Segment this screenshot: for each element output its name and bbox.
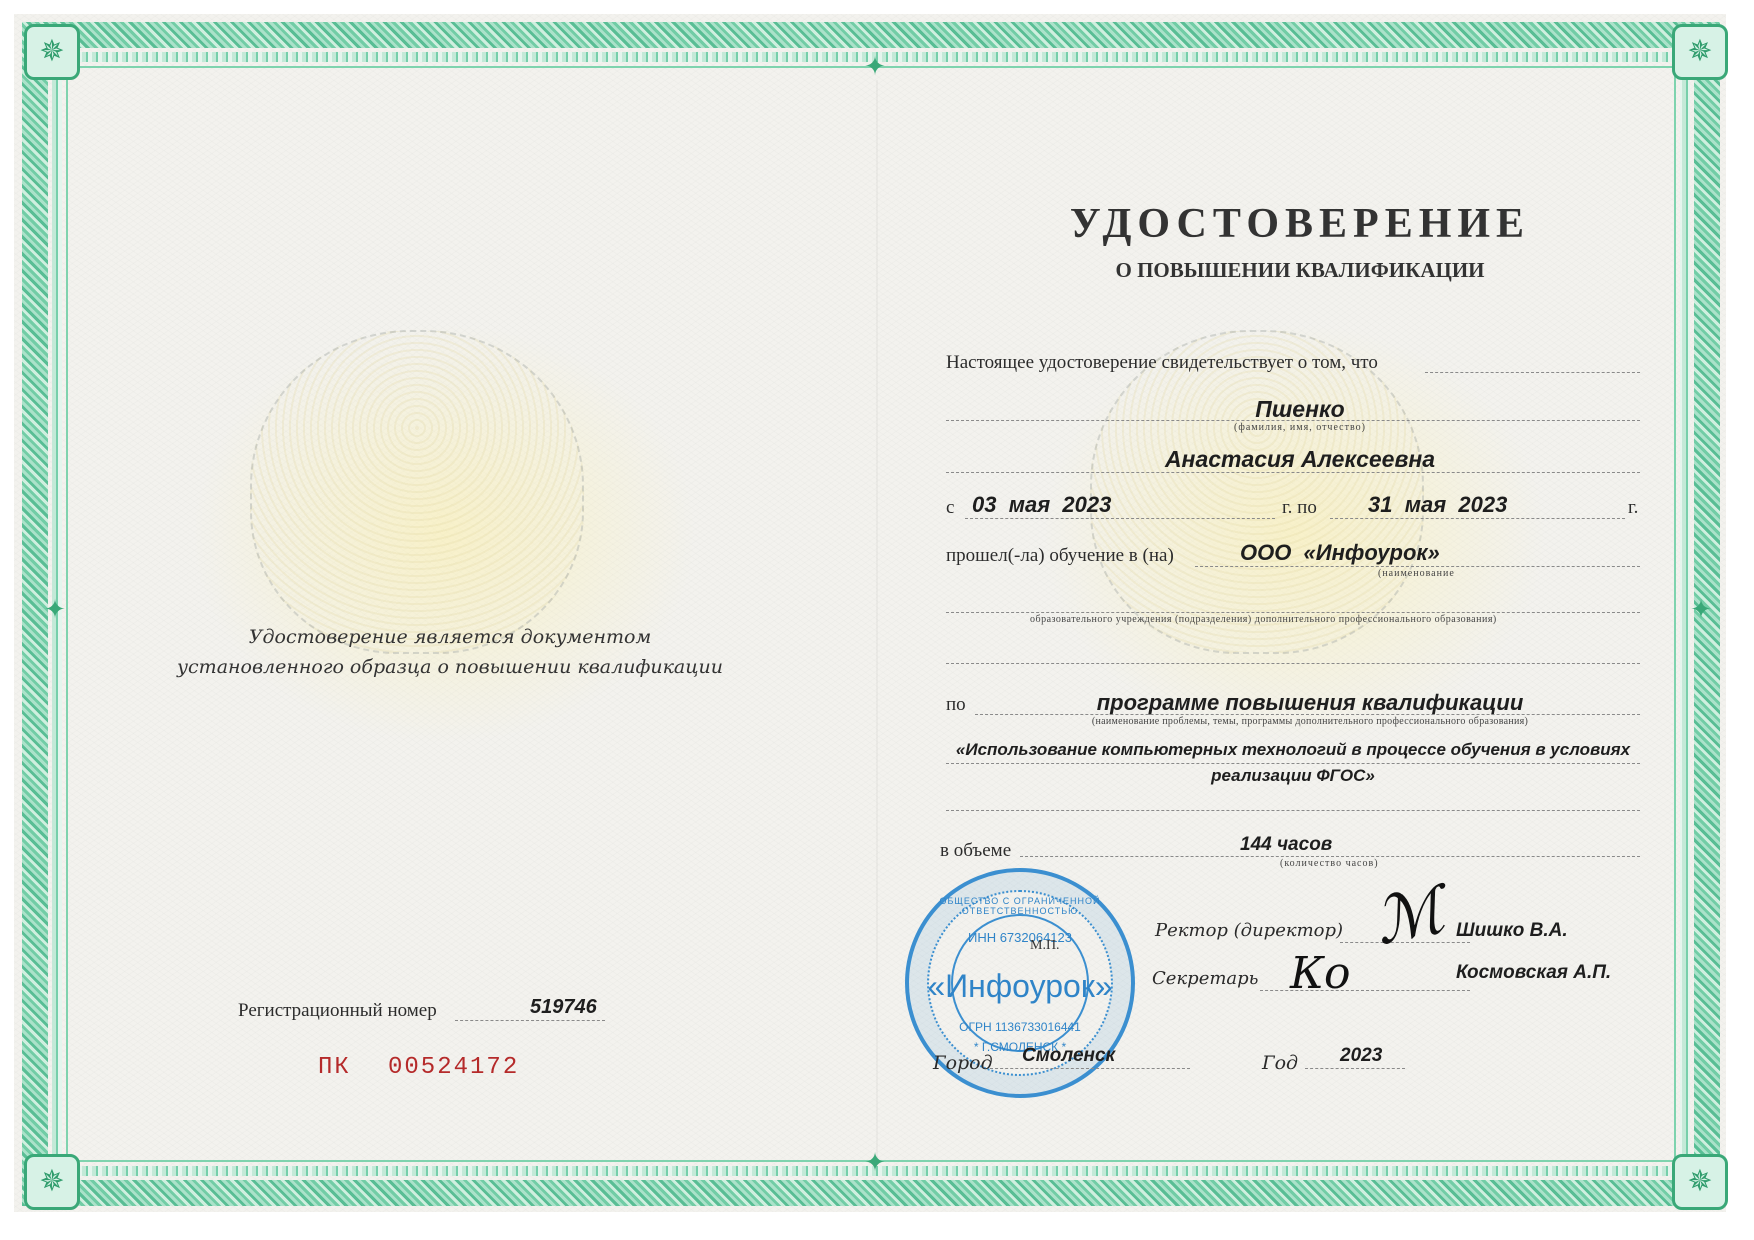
surname: Пшенко (1000, 396, 1600, 423)
validity-statement: Удостоверение является документом устано… (150, 622, 750, 682)
program-line (975, 714, 1640, 715)
star-ornament-icon: ✦ (860, 52, 890, 82)
seal-label: М.П. (1030, 938, 1060, 954)
validity-statement-line1: Удостоверение является документом (150, 622, 750, 652)
program-title-line (946, 763, 1640, 764)
surname-line (946, 420, 1640, 421)
institution-line (1195, 566, 1640, 567)
institution-hint-2: образовательного учреждения (подразделен… (1030, 614, 1497, 625)
stamp-ogrn: ОГРН 1136733016441 (909, 1020, 1131, 1034)
document-subtitle: О ПОВЫШЕНИИ КВАЛИФИКАЦИИ (1000, 258, 1600, 283)
city-value: Смоленск (1022, 1045, 1115, 1067)
given-names-line (946, 472, 1640, 473)
program-hint: (наименование проблемы, темы, программы … (1000, 716, 1620, 727)
volume-label: в объеме (940, 840, 1011, 862)
corner-ornament-icon: ✵ (24, 1154, 80, 1210)
trained-label: прошел(-ла) обучение в (на) (946, 545, 1174, 567)
registration-label: Регистрационный номер (238, 1000, 437, 1022)
registration-number: 519746 (530, 996, 597, 1019)
secretary-label: Секретарь (1152, 968, 1258, 989)
corner-ornament-icon: ✵ (1672, 24, 1728, 80)
hours-value: 144 часов (1240, 834, 1332, 856)
year-label: Год (1262, 1052, 1298, 1074)
serial-prefix: ПК (318, 1054, 351, 1081)
secretary-name: Космовская А.П. (1456, 962, 1611, 984)
institution-hint: (наименование (1378, 568, 1455, 579)
year-line (1305, 1068, 1405, 1069)
to-date: 31 мая 2023 (1368, 492, 1507, 518)
institution-name: ООО «Инфоурок» (1240, 540, 1440, 566)
to-label: г. по (1282, 497, 1317, 519)
fio-hint: (фамилия, имя, отчество) (1000, 422, 1600, 433)
from-date: 03 мая 2023 (972, 492, 1111, 518)
stamp-inn: ИНН 6732064123 (909, 930, 1131, 945)
stamp-name: «Инфоурок» (909, 968, 1131, 1005)
rector-name: Шишко В.А. (1456, 920, 1568, 942)
program-title-line1: «Использование компьютерных технологий в… (946, 740, 1640, 760)
from-label: с (946, 497, 954, 519)
star-ornament-icon: ✦ (860, 1148, 890, 1178)
rector-label: Ректор (директор) (1155, 920, 1343, 941)
city-line (990, 1068, 1190, 1069)
document-title: УДОСТОВЕРЕНИЕ (1000, 200, 1600, 248)
intro-text: Настоящее удостоверение свидетельствует … (946, 352, 1378, 374)
to-date-line (1330, 518, 1625, 519)
institution-line-2 (946, 612, 1640, 613)
serial-number: 00524172 (388, 1054, 519, 1081)
stamp-org: ОБЩЕСТВО С ОГРАНИЧЕННОЙ ОТВЕТСТВЕННОСТЬЮ (909, 896, 1131, 916)
intro-line (1425, 372, 1640, 373)
city-label: Город (933, 1052, 993, 1074)
guilloche-ornament-left (250, 330, 584, 654)
corner-ornament-icon: ✵ (24, 24, 80, 80)
year-value: 2023 (1340, 1045, 1382, 1067)
star-ornament-icon: ✦ (1686, 595, 1716, 625)
given-names: Анастасия Алексеевна (1000, 446, 1600, 473)
validity-statement-line2: установленного образца о повышении квали… (150, 652, 750, 682)
registration-line (455, 1020, 605, 1021)
institution-line-3 (946, 663, 1640, 664)
year-suffix: г. (1628, 497, 1638, 519)
program-title-line2: реализации ФГОС» (946, 766, 1640, 786)
secretary-signature: Ко (1290, 948, 1351, 999)
program-label: по (946, 694, 966, 716)
hours-line (1020, 856, 1640, 857)
program-title-line-2 (946, 810, 1640, 811)
corner-ornament-icon: ✵ (1672, 1154, 1728, 1210)
hours-hint: (количество часов) (1280, 858, 1379, 869)
star-ornament-icon: ✦ (40, 595, 70, 625)
program-type: программе повышения квалификации (1000, 690, 1620, 716)
from-date-line (965, 518, 1275, 519)
